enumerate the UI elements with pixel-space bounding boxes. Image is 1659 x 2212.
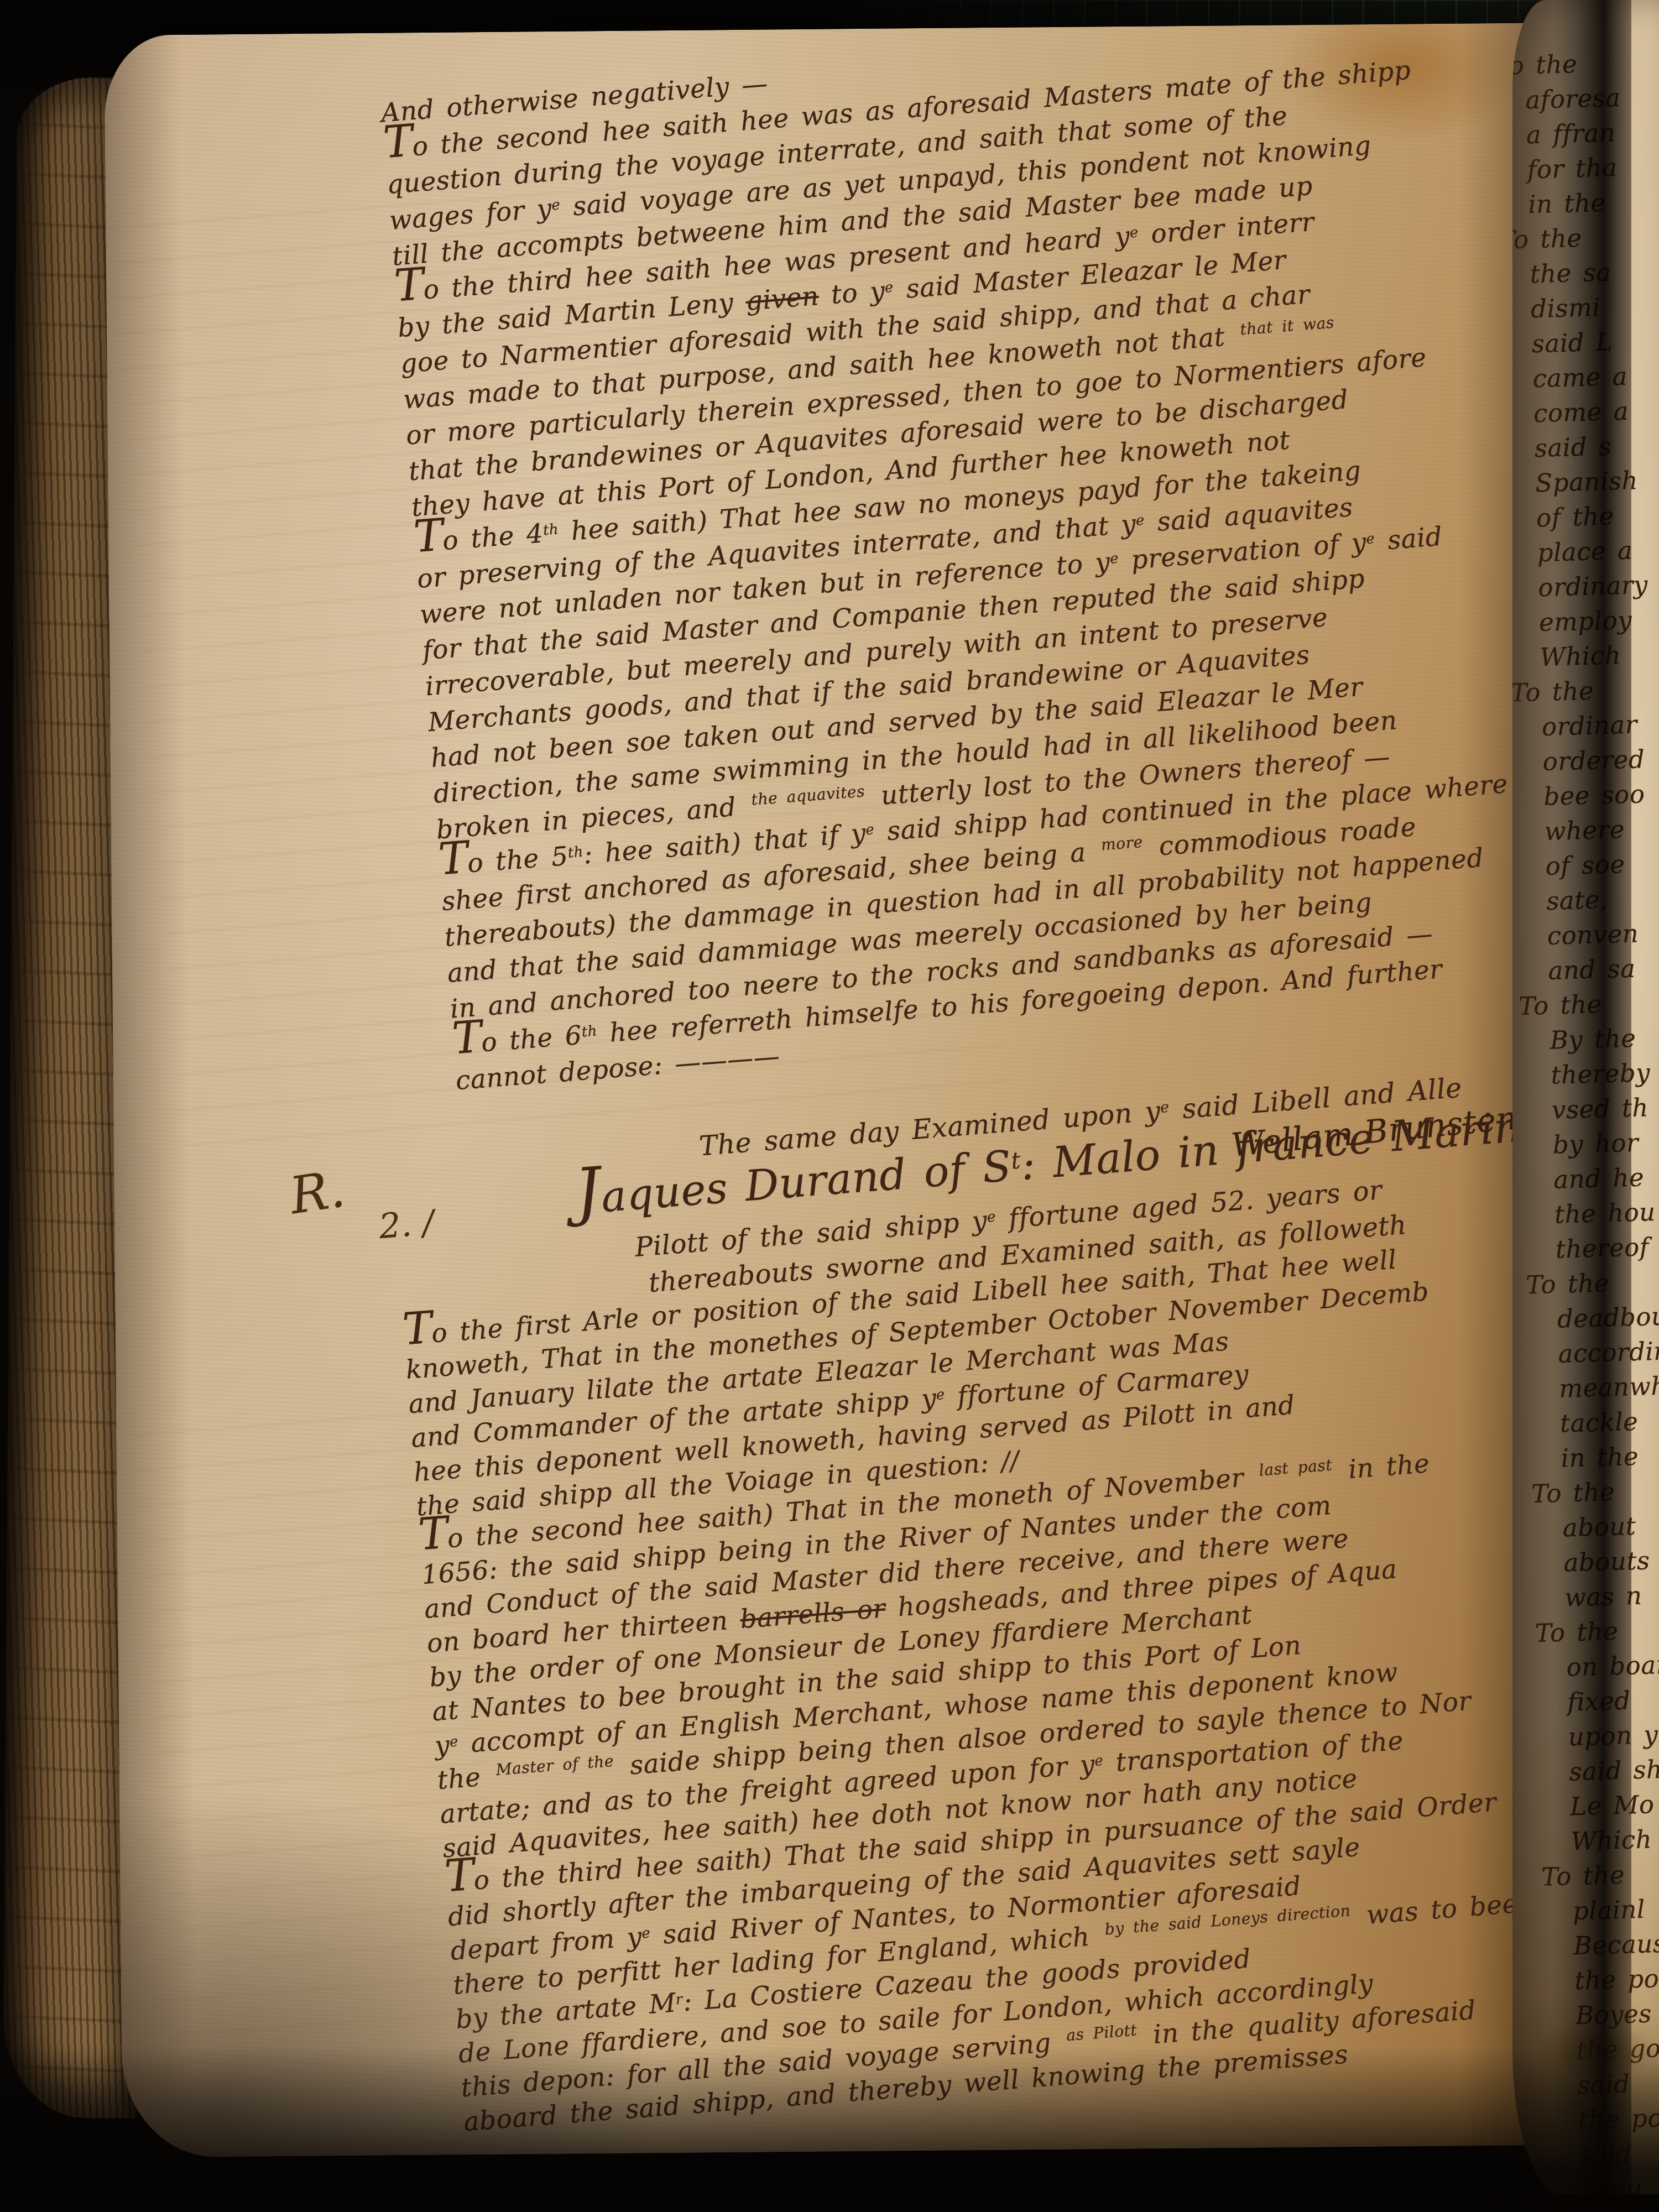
manuscript-line: To the [1512, 43, 1659, 86]
second-deposition-block: The same day Examined upon ye said Libel… [389, 1067, 1595, 2141]
manuscript-line: To the [1541, 1854, 1659, 1897]
ink-smudge [1529, 2024, 1656, 2079]
deposition-answers-block: And otherwise negatively —To the second … [380, 22, 1588, 1102]
manuscript-line: To the [1526, 1262, 1659, 1305]
manuscript-left-page: And otherwise negatively —To the second … [104, 22, 1632, 2158]
margin-mark-r: R. [286, 1159, 348, 1225]
manuscript-line: To the [1531, 1471, 1659, 1514]
manuscript-right-page: To theaforesaa ffranfor thain theTo thet… [1512, 0, 1659, 2194]
manuscript-line: To the [1519, 983, 1659, 1026]
manuscript-line: To the [1535, 1610, 1659, 1653]
photograph-of-manuscript-book: And otherwise negatively —To the second … [0, 0, 1659, 2212]
right-page-text-fragments: To theaforesaa ffranfor thain theTo thet… [1524, 43, 1659, 2194]
manuscript-line: To the [1512, 670, 1659, 713]
